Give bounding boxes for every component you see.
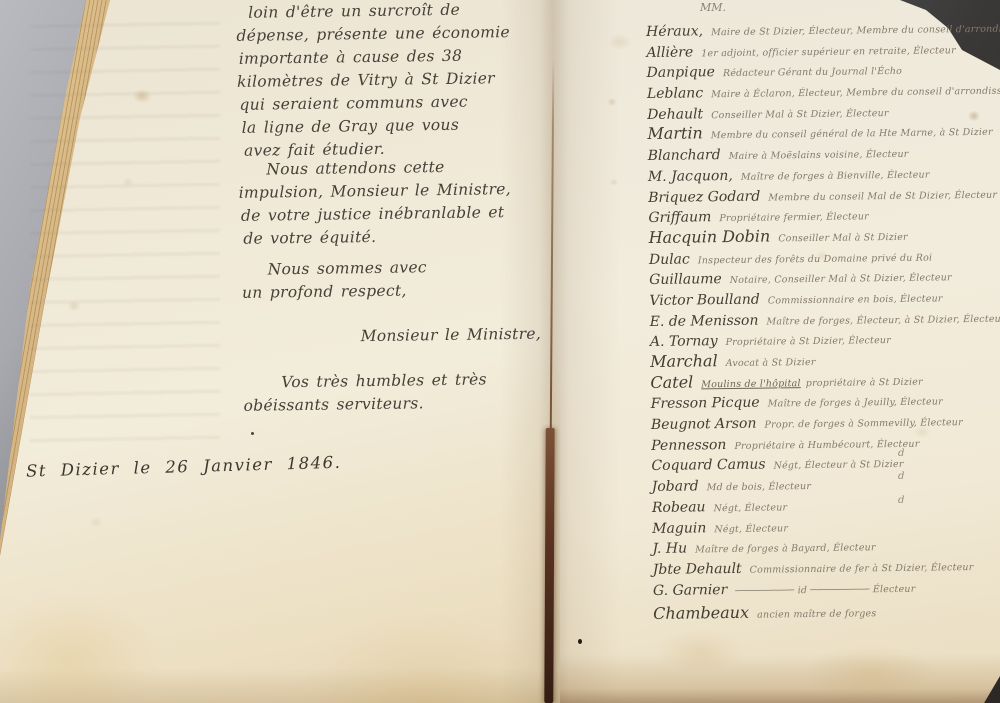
- signature-title: Conseiller Mal à St Dizier, Électeur: [711, 108, 889, 121]
- signature-name: A. Tornay: [650, 333, 718, 350]
- signature-name: Fresson Picque: [651, 395, 760, 412]
- signature-name: E. de Menisson: [650, 312, 759, 329]
- signature-name: Guillaume: [649, 271, 722, 288]
- signature-title: ancien maître de forges: [757, 608, 876, 620]
- signature-title: Membre du conseil général de la Hte Marn…: [711, 127, 993, 141]
- signature-name: Leblanc: [647, 85, 703, 102]
- signature-name: Danpique: [647, 65, 715, 82]
- manuscript-line: obéissants serviteurs.: [233, 392, 578, 420]
- signature-title: Propriétaire à St Dizier, Électeur: [726, 335, 891, 348]
- signature-title: Md de bois, Électeur: [707, 481, 811, 493]
- signature-name: Jbte Dehault: [653, 561, 742, 578]
- signature-row: Chambeauxancien maître de forges: [653, 600, 1000, 625]
- signature-name: Catel: [650, 372, 693, 392]
- signature-title: Propriétaire à Humbécourt, Électeur: [734, 438, 919, 451]
- signature-title: Inspecteur des forêts du Domaine privé d…: [698, 252, 933, 266]
- signature-name: Briquez Godard: [648, 188, 760, 205]
- signature-name: J. Hu: [652, 541, 687, 557]
- signature-name: Dulac: [649, 251, 690, 267]
- signature-title: Commissionnaire en bois, Électeur: [768, 293, 943, 306]
- ditto-mark: d: [898, 448, 904, 459]
- signature-title: Membre du conseil Mal de St Dizier, Élec…: [768, 189, 997, 203]
- ditto-mark: d: [898, 471, 904, 482]
- signature-title: Notaire, Conseiller Mal à St Dizier, Éle…: [730, 273, 952, 287]
- signature-title: Maître de forges à Bayard, Électeur: [695, 542, 876, 555]
- signature-title: Négt, Électeur à St Dizier: [773, 459, 903, 472]
- signature-name: Robeau: [652, 499, 706, 516]
- signature-name: Dehault: [647, 106, 703, 123]
- signature-title: 1er adjoint, officier supérieur en retra…: [701, 45, 956, 59]
- manuscript-line: un profond respect,: [232, 279, 577, 307]
- page-heading: MM.: [700, 1, 726, 14]
- signature-title: ────────── id ────────── Électeur: [735, 583, 915, 596]
- signature-name: Griffaum: [648, 209, 711, 226]
- signature-name: Beugnot Arson: [651, 416, 757, 433]
- signature-title: Négt, Électeur: [714, 523, 788, 535]
- signature-name: G. Garnier: [653, 582, 727, 599]
- show-through-ghost-text: [30, 10, 220, 450]
- signature-title: Maire à Moëslains voisine, Électeur: [729, 149, 909, 162]
- signature-title: Maître de forges à Jeuilly, Électeur: [768, 397, 943, 410]
- signature-name: Maguin: [652, 520, 706, 537]
- signature-name: M. Jacquon,: [648, 168, 733, 185]
- signature-title: Maire à Éclaron, Électeur, Membre du con…: [711, 85, 1000, 100]
- signature-name: Chambeaux: [653, 603, 749, 623]
- ditto-mark: d: [898, 495, 904, 506]
- signature-title: Rédacteur Gérant du Journal l'Écho: [723, 66, 902, 79]
- signature-name: Martin: [647, 124, 703, 144]
- signature-name: Pennesson: [651, 437, 726, 454]
- signature-title: Négt, Électeur: [713, 502, 787, 514]
- signature-title: Propriétaire fermier, Électeur: [719, 211, 869, 224]
- signature-title: Conseiller Mal à St Dizier: [778, 232, 908, 245]
- signature-title: Maître de forges, Électeur, à St Dizier,…: [766, 313, 1000, 327]
- signature-name: Hacquin Dobin: [649, 226, 771, 246]
- signature-title: Maître de forges à Bienville, Électeur: [741, 169, 930, 182]
- manuscript-line: Monsieur le Ministre,: [233, 324, 578, 352]
- signature-title-underlined: Moulins de l'hôpital: [701, 378, 801, 390]
- signature-title: propriétaire à St Dizier: [806, 376, 923, 388]
- signature-name: Allière: [646, 44, 693, 61]
- signature-title: Avocat à St Dizier: [726, 357, 816, 369]
- signature-name: Blanchard: [648, 147, 721, 164]
- signature-title: Propr. de forges à Sommevilly, Électeur: [764, 417, 962, 430]
- signature-title: Maire de St Dizier, Électeur, Membre du …: [711, 23, 1000, 38]
- letter-body: loin d'être un surcroît de dépense, prés…: [228, 0, 579, 420]
- signature-row: G. Garnier────────── id ────────── Élect…: [653, 575, 1000, 600]
- signature-list: Héraux,Maire de St Dizier, Électeur, Mem…: [646, 17, 1000, 625]
- signature-name: Coquard Camus: [651, 457, 765, 474]
- manuscript-line: de votre équité.: [231, 225, 576, 253]
- stitch-hole: [251, 432, 254, 435]
- binding-strip: [544, 428, 554, 703]
- signature-name: Héraux,: [646, 23, 703, 40]
- stitch-hole: [578, 639, 582, 644]
- signature-name: Victor Boulland: [649, 292, 760, 309]
- signature-title: Commissionnaire de fer à St Dizier, Élec…: [750, 562, 974, 576]
- signature-name: Jobard: [652, 479, 699, 496]
- signature-name: Marchal: [650, 351, 718, 371]
- manuscript-photo: loin d'être un surcroît de dépense, prés…: [0, 0, 1000, 703]
